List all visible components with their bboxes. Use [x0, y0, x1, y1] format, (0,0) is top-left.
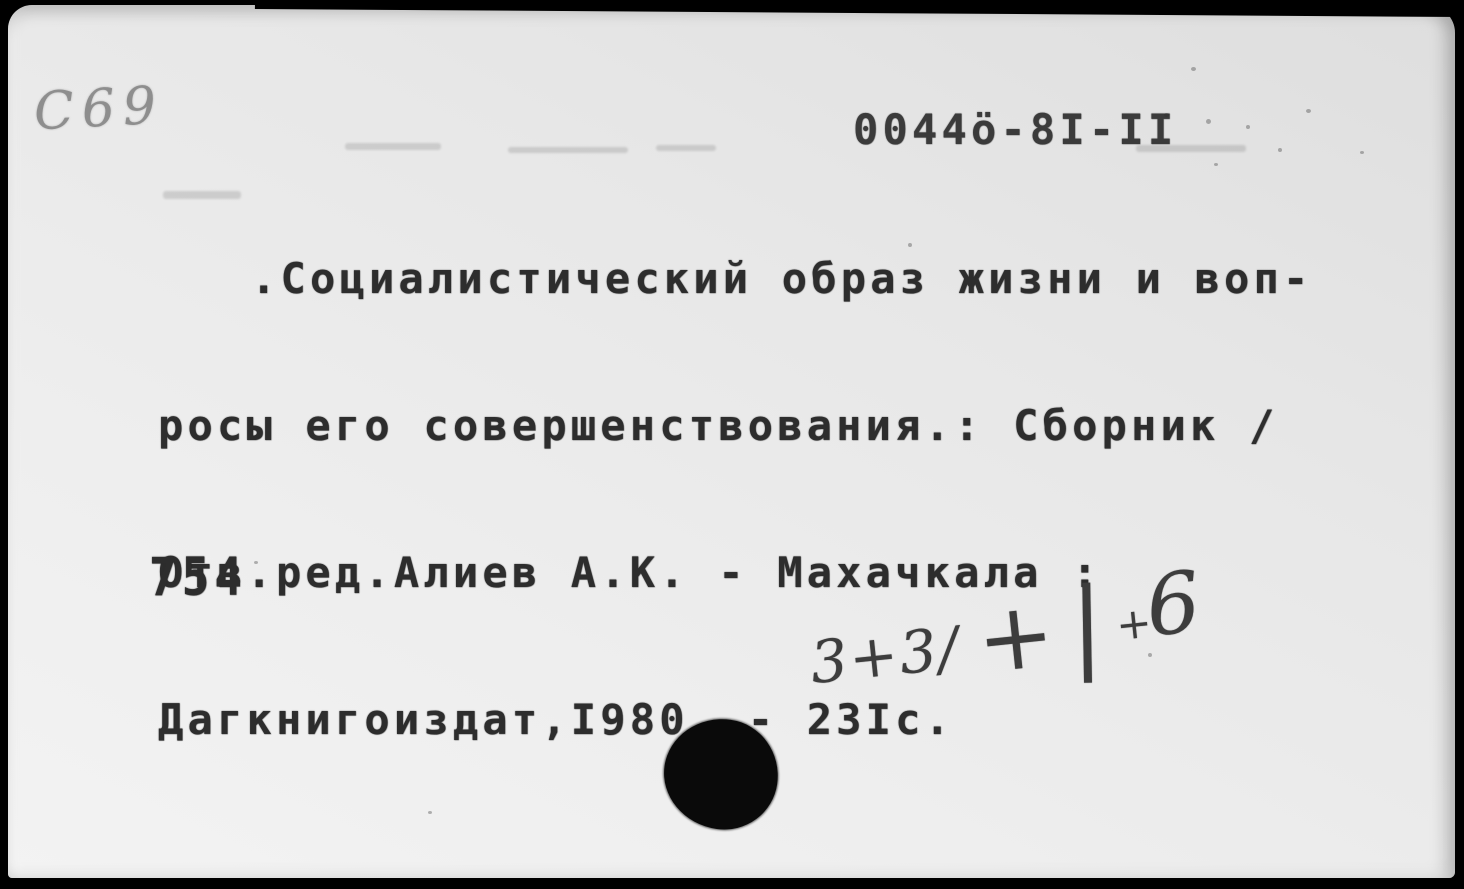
catalog-card-scan: С69 0044ö-8I-II .Социалистический образ … [0, 0, 1464, 889]
entry-line-subtitle: росы его совершенствования.: Сборник / [158, 401, 1313, 450]
scan-speckle [428, 811, 432, 814]
scan-speckle [254, 561, 258, 564]
entry-line-title: .Социалистический образ жизни и воп- [158, 254, 1313, 303]
card-number: 754 [149, 546, 247, 608]
catalog-card: С69 0044ö-8I-II .Социалистический образ … [8, 5, 1455, 878]
scan-smudge [508, 147, 628, 153]
scan-speckle [1214, 163, 1218, 166]
handwriting-part: 3+3/ [807, 614, 963, 697]
handwriting-part: | [1069, 566, 1105, 684]
accession-code: 0044ö-8I-II [853, 105, 1177, 154]
scan-speckle [1164, 113, 1169, 117]
scan-smudge [1136, 145, 1246, 152]
scan-smudge [345, 143, 441, 150]
scan-speckle [1191, 67, 1196, 71]
scan-speckle [1246, 125, 1250, 129]
scan-speckle [1278, 148, 1282, 152]
scan-smudge [163, 191, 241, 199]
scan-speckle [1306, 109, 1311, 113]
scan-speckle [1148, 653, 1152, 657]
scan-speckle [908, 243, 912, 247]
handwriting-part: 6 [1141, 552, 1204, 655]
call-number-handwritten: С69 [33, 76, 166, 143]
scan-speckle [1360, 151, 1364, 154]
handwriting-part: + [972, 580, 1060, 694]
scan-smudge [656, 145, 716, 151]
scan-speckle [1206, 119, 1211, 124]
